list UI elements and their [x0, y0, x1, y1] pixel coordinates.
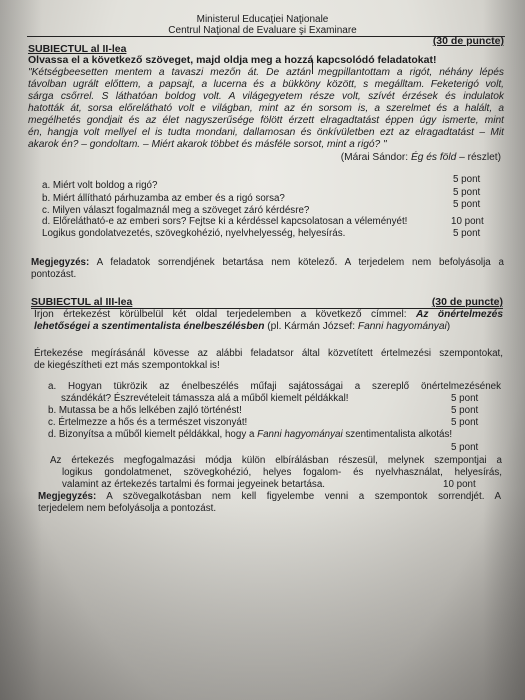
task-text: ) [447, 321, 450, 332]
note-label: Megjegyzés: [38, 491, 96, 502]
work-title: Fanni hagyományai [358, 321, 447, 332]
item-d-text: d. Bizonyítsa a műből kiemelt példákkal,… [48, 429, 257, 440]
section3-points: (30 de puncte) [432, 296, 503, 308]
criteria-points: 5 pont [453, 228, 480, 239]
note-text: A szövegalkotásban nem kell figyelembe v… [96, 491, 501, 502]
question-a: a. Miért volt boldog a rigó? [42, 180, 157, 192]
question-b: b. Miért állítható párhuzamba az ember é… [42, 193, 285, 205]
essay-title: lehetőségei a szentimentalista énelbeszé… [34, 321, 264, 332]
quote-line: hatották át, sorsa előrelátható volt e v… [28, 103, 504, 115]
exam-page: Ministerul Educaţiei Naţionale Centrul N… [0, 0, 525, 700]
quoted-excerpt: "Kétségbeesetten mentem a tavaszi mezőn … [28, 67, 504, 151]
question-d-points: 10 pont [451, 216, 484, 227]
source-title: Ég és föld [411, 152, 456, 163]
essay-title: Az önértelmezés [416, 309, 503, 320]
note-text: pontozást. [31, 269, 504, 281]
style-line: Az értekezés megfogalmazási módja külön … [50, 455, 502, 467]
guidance-line: de kiegészítheti ezt más szempontokkal i… [34, 360, 503, 372]
question-b-points: 5 pont [453, 187, 480, 198]
item-d-text: szentimentalista alkotás! [343, 429, 452, 440]
source-author: (Márai Sándor: [341, 152, 411, 163]
text-cursor-icon [312, 60, 313, 74]
note-text: terjedelem nem befolyásolja a pontozást. [38, 503, 501, 515]
task-text: Írjon értekezést körülbelül két oldal te… [34, 309, 416, 320]
section3-guidance: Értekezése megírásánál kövesse az alábbi… [34, 348, 503, 372]
item-d: d. Bizonyítsa a műből kiemelt példákkal,… [48, 429, 452, 441]
style-line: valamint az értekezés tartalmi és formai… [62, 479, 502, 491]
ministry-name: Ministerul Educaţiei Naţionale [0, 14, 525, 25]
task-text: (pl. Kármán József: [264, 321, 357, 332]
work-title: Fanni hagyományai [257, 429, 343, 440]
note-label: Megjegyzés: [31, 257, 89, 268]
quote-line: akarok én? – gondoltam. – Miért akarok t… [28, 139, 504, 151]
quote-source: (Márai Sándor: Ég és föld – részlet) [341, 152, 501, 163]
item-d-points: 5 pont [451, 442, 478, 453]
style-points: 10 pont [443, 479, 476, 490]
section2-points: (30 de puncte) [433, 35, 504, 47]
section2-note: Megjegyzés: A feladatok sorrendjének bet… [31, 257, 504, 281]
quote-line: én, hangja volt mellyel el is tudta mond… [28, 127, 504, 139]
item-a-points: 5 pont [451, 393, 478, 404]
guidance-line: Értekezése megírásánál kövesse az alábbi… [34, 348, 503, 360]
item-b-points: 5 pont [451, 405, 478, 416]
quote-line: sárga csőrrel. S láthatóan boldog volt. … [28, 91, 504, 103]
question-c-points: 5 pont [453, 199, 480, 210]
style-criteria: Az értekezés megfogalmazási módja külön … [50, 455, 502, 467]
question-d: d. Előrelátható-e az emberi sors? Fejtse… [42, 216, 407, 228]
criteria-line: Logikus gondolatvezetés, szövegkohézió, … [42, 228, 345, 240]
section3-title: SUBIECTUL al III-lea [31, 296, 132, 308]
question-a-points: 5 pont [453, 174, 480, 185]
section3-note: Megjegyzés: A szövegalkotásban nem kell … [38, 491, 501, 515]
quote-line: megélhetés gondjait és az élet nagyszerű… [28, 115, 504, 127]
style-criteria-cont: logikus gondolatmenet, szövegkohézió, he… [62, 467, 502, 491]
note-text: A feladatok sorrendjének betartása nem k… [89, 257, 504, 268]
quote-line: távolban ugrált előttem, a papsajt, a lu… [28, 79, 504, 91]
quote-line: "Kétségbeesetten mentem a tavaszi mezőn … [28, 67, 504, 79]
item-a: a. Hogyan tükrözik az énelbeszélés műfaj… [48, 381, 501, 393]
item-a-line2: szándékát? Észrevételeit támassza alá a … [61, 393, 349, 405]
item-c: c. Értelmezze a hős és a természet viszo… [48, 417, 247, 429]
source-suffix: – részlet) [456, 152, 501, 163]
section3-task: Írjon értekezést körülbelül két oldal te… [34, 309, 503, 333]
item-b: b. Mutassa be a hős lelkében zajló törté… [48, 405, 242, 417]
item-c-points: 5 pont [451, 417, 478, 428]
style-line: logikus gondolatmenet, szövegkohézió, he… [62, 467, 502, 479]
item-a-line1: a. Hogyan tükrözik az énelbeszélés műfaj… [48, 381, 501, 393]
ministry-header: Ministerul Educaţiei Naţionale Centrul N… [0, 14, 525, 36]
section2-instruction: Olvassa el a következő szöveget, majd ol… [28, 54, 436, 66]
